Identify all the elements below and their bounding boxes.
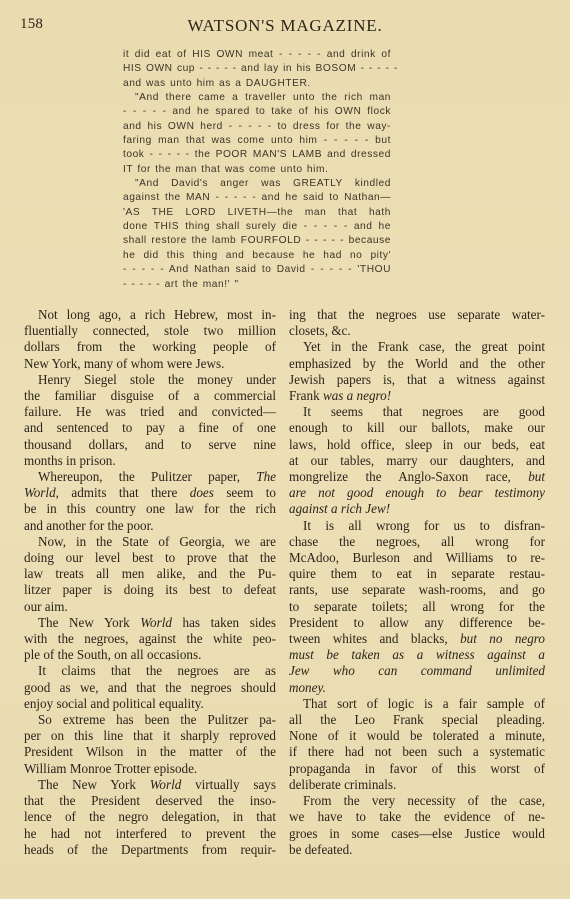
text-line: Frank was a negro! bbox=[289, 388, 545, 404]
italic-text: but bbox=[528, 469, 545, 484]
text-line: Yet in the Frank case, the great point bbox=[289, 339, 545, 355]
text-run: The New York bbox=[38, 777, 150, 792]
text-run: laws, hold office, sleep in our beds, ea… bbox=[289, 437, 545, 452]
text-run: ing that the negroes use separate water- bbox=[289, 307, 545, 322]
text-run: if there had not been such a systematic bbox=[289, 744, 545, 759]
text-run: Yet in the Frank case, the great point bbox=[303, 339, 545, 354]
magazine-page: 158 WATSON'S MAGAZINE. it did eat of HIS… bbox=[0, 0, 570, 899]
text-run: heads of the Departments from requir- bbox=[24, 842, 276, 857]
italic-text: are not good enough to bear testimony bbox=[289, 485, 545, 500]
text-run: fluentially connected, stole two million bbox=[24, 323, 276, 338]
text-line: ple of the South, on all occasions. bbox=[24, 647, 276, 663]
left-column-text: Not long ago, a rich Hebrew, most in-flu… bbox=[24, 307, 276, 858]
text-line: good as we, and that the negroes should bbox=[24, 680, 276, 696]
quote-line: and his OWN herd - - - - - to dress for … bbox=[123, 120, 391, 134]
italic-text: World bbox=[24, 485, 56, 500]
text-run: with the negroes, against the white peo- bbox=[24, 631, 276, 646]
text-run: failure. He was tried and convicted— bbox=[24, 404, 276, 419]
text-run: McAdoo, Burleson and Williams to re- bbox=[289, 550, 545, 565]
quote-line: he did this thing and because he had no … bbox=[123, 249, 391, 263]
text-run: law treats all men alike, and the Pu- bbox=[24, 566, 276, 581]
text-line: litzer paper is doing its best to defeat bbox=[24, 582, 276, 598]
text-run: New York, many of whom were Jews. bbox=[24, 356, 224, 371]
italic-text: does bbox=[190, 485, 214, 500]
text-line: months in prison. bbox=[24, 453, 276, 469]
text-line: William Monroe Trotter episode. bbox=[24, 761, 276, 777]
text-line: per on this line that it sharply reprove… bbox=[24, 728, 276, 744]
text-line: dollars from the working people of bbox=[24, 339, 276, 355]
text-line: our aim. bbox=[24, 599, 276, 615]
text-line: all the Leo Frank special pleading. bbox=[289, 712, 545, 728]
text-line: McAdoo, Burleson and Williams to re- bbox=[289, 550, 545, 566]
text-line: New York, many of whom were Jews. bbox=[24, 356, 276, 372]
text-line: heads of the Departments from requir- bbox=[24, 842, 276, 858]
text-run: , admits that there bbox=[56, 485, 190, 500]
text-line: be defeated. bbox=[289, 842, 545, 858]
text-run: dollars from the working people of bbox=[24, 339, 276, 354]
text-line: and another for the poor. bbox=[24, 518, 276, 534]
italic-text: The bbox=[256, 469, 276, 484]
text-line: It is all wrong for us to disfran- bbox=[289, 518, 545, 534]
text-run: groes in some cases—else Justice would bbox=[289, 826, 545, 841]
text-line: President Wilson in the matter of the bbox=[24, 744, 276, 760]
text-line: World, admits that there does seem to bbox=[24, 485, 276, 501]
text-run: Not long ago, a rich Hebrew, most in- bbox=[38, 307, 276, 322]
text-line: failure. He was tried and convicted— bbox=[24, 404, 276, 420]
text-line: law treats all men alike, and the Pu- bbox=[24, 566, 276, 582]
quote-line: HIS OWN cup - - - - - and lay in his BOS… bbox=[123, 62, 391, 76]
text-run: at our tables, marry our daughters, and bbox=[289, 453, 545, 468]
text-run: propaganda in favor of this worst of bbox=[289, 761, 545, 776]
text-line: to separate toilets; all wrong for the bbox=[289, 599, 545, 615]
quote-line: and was unto him as a DAUGHTER. bbox=[123, 77, 391, 91]
text-line: lence of the negro delegation, in that bbox=[24, 809, 276, 825]
text-line: Now, in the State of Georgia, we are bbox=[24, 534, 276, 550]
text-line: Jewish papers is, that a witness against bbox=[289, 372, 545, 388]
text-line: quire them to eat in separate restau- bbox=[289, 566, 545, 582]
right-column-text: ing that the negroes use separate water-… bbox=[289, 307, 545, 858]
italic-text: must be taken as a witness against a bbox=[289, 647, 545, 662]
text-line: It seems that negroes are good bbox=[289, 404, 545, 420]
text-run: ple of the South, on all occasions. bbox=[24, 647, 201, 662]
text-run: litzer paper is doing its best to defeat bbox=[24, 582, 276, 597]
text-line: mongrelize the Anglo-Saxon race, but bbox=[289, 469, 545, 485]
text-run: enjoy social and political equality. bbox=[24, 696, 204, 711]
text-line: The New York World virtually says bbox=[24, 777, 276, 793]
text-run: months in prison. bbox=[24, 453, 116, 468]
text-run: Jewish papers is, that a witness against bbox=[289, 372, 545, 387]
quote-line: took - - - - - the POOR MAN'S LAMB and d… bbox=[123, 148, 391, 162]
text-line: laws, hold office, sleep in our beds, ea… bbox=[289, 437, 545, 453]
text-run: From the very necessity of the case, bbox=[303, 793, 545, 808]
text-line: enough to kill our ballots, make our bbox=[289, 420, 545, 436]
quote-line: - - - - - And Nathan said to David - - -… bbox=[123, 263, 391, 277]
text-line: From the very necessity of the case, bbox=[289, 793, 545, 809]
text-run: the familiar disguise of a commercial bbox=[24, 388, 276, 403]
text-line: So extreme has been the Pulitzer pa- bbox=[24, 712, 276, 728]
quote-line: - - - - - art the man!' " bbox=[123, 278, 391, 292]
italic-text: but no negro bbox=[460, 631, 545, 646]
text-run: thousand dollars, and to serve nine bbox=[24, 437, 276, 452]
text-run: and another for the poor. bbox=[24, 518, 154, 533]
italic-text: Jew who can command unlimited bbox=[289, 663, 545, 678]
text-line: he had not interfered to prevent the bbox=[24, 826, 276, 842]
quote-line: "And there came a traveller unto the ric… bbox=[123, 91, 391, 105]
text-run: Frank bbox=[289, 388, 323, 403]
text-line: fluentially connected, stole two million bbox=[24, 323, 276, 339]
text-line: rants, use separate wash-rooms, and go bbox=[289, 582, 545, 598]
text-line: propaganda in favor of this worst of bbox=[289, 761, 545, 777]
text-line: Jew who can command unlimited bbox=[289, 663, 545, 679]
text-line: doing our level best to prove that the bbox=[24, 550, 276, 566]
italic-text: against a rich Jew! bbox=[289, 501, 390, 516]
text-line: tween whites and blacks, but no negro bbox=[289, 631, 545, 647]
text-line: ing that the negroes use separate water- bbox=[289, 307, 545, 323]
italic-text: World bbox=[150, 777, 182, 792]
italic-text: World bbox=[140, 615, 172, 630]
text-line: emphasized by the World and the other bbox=[289, 356, 545, 372]
text-run: closets, &c. bbox=[289, 323, 351, 338]
text-line: It claims that the negroes are as bbox=[24, 663, 276, 679]
text-run: William Monroe Trotter episode. bbox=[24, 761, 197, 776]
text-line: money. bbox=[289, 680, 545, 696]
text-run: Now, in the State of Georgia, we are bbox=[38, 534, 276, 549]
text-run: rants, use separate wash-rooms, and go bbox=[289, 582, 545, 597]
text-run: that the President deserved the inso- bbox=[24, 793, 276, 808]
text-run: None of it would be tolerated a minute, bbox=[289, 728, 545, 743]
text-line: None of it would be tolerated a minute, bbox=[289, 728, 545, 744]
italic-text: money. bbox=[289, 680, 326, 695]
text-line: Henry Siegel stole the money under bbox=[24, 372, 276, 388]
text-run: we have to take the evidence of ne- bbox=[289, 809, 545, 824]
text-run: good as we, and that the negroes should bbox=[24, 680, 276, 695]
text-line: chase the negroes, all wrong for bbox=[289, 534, 545, 550]
text-run: It claims that the negroes are as bbox=[38, 663, 276, 678]
text-run: be in this country one law for the rich bbox=[24, 501, 276, 516]
text-line: if there had not been such a systematic bbox=[289, 744, 545, 760]
text-run: mongrelize the Anglo-Saxon race, bbox=[289, 469, 528, 484]
text-line: deliberate criminals. bbox=[289, 777, 545, 793]
quote-line: done THIS thing shall surely die - - - -… bbox=[123, 220, 391, 234]
text-run: per on this line that it sharply reprove… bbox=[24, 728, 276, 743]
text-run: quire them to eat in separate restau- bbox=[289, 566, 545, 581]
text-line: with the negroes, against the white peo- bbox=[24, 631, 276, 647]
text-run: he had not interfered to prevent the bbox=[24, 826, 276, 841]
quote-line: 'AS THE LORD LIVETH—the man that hath bbox=[123, 206, 391, 220]
text-run: It seems that negroes are good bbox=[303, 404, 545, 419]
text-run: President Wilson in the matter of the bbox=[24, 744, 276, 759]
text-run: doing our level best to prove that the bbox=[24, 550, 276, 565]
quote-line: faring man that was come unto him - - - … bbox=[123, 134, 391, 148]
text-line: thousand dollars, and to serve nine bbox=[24, 437, 276, 453]
text-run: President to allow any difference be- bbox=[289, 615, 545, 630]
text-line: are not good enough to bear testimony bbox=[289, 485, 545, 501]
text-run: chase the negroes, all wrong for bbox=[289, 534, 545, 549]
text-run: enough to kill our ballots, make our bbox=[289, 420, 545, 435]
text-run: lence of the negro delegation, in that bbox=[24, 809, 276, 824]
text-run: seem to bbox=[214, 485, 276, 500]
quote-line: against the MAN - - - - - and he said to… bbox=[123, 191, 391, 205]
text-line: The New York World has taken sides bbox=[24, 615, 276, 631]
text-run: So extreme has been the Pulitzer pa- bbox=[38, 712, 276, 727]
text-line: and sentenced to pay a fine of one bbox=[24, 420, 276, 436]
text-run: The New York bbox=[38, 615, 140, 630]
text-line: be in this country one law for the rich bbox=[24, 501, 276, 517]
scripture-quote-block: it did eat of HIS OWN meat - - - - - and… bbox=[123, 48, 391, 292]
text-line: must be taken as a witness against a bbox=[289, 647, 545, 663]
text-line: That sort of logic is a fair sample of bbox=[289, 696, 545, 712]
italic-text: was a negro! bbox=[323, 388, 391, 403]
text-line: the familiar disguise of a commercial bbox=[24, 388, 276, 404]
text-run: Henry Siegel stole the money under bbox=[38, 372, 276, 387]
quote-line: shall restore the lamb FOURFOLD - - - - … bbox=[123, 234, 391, 248]
text-line: closets, &c. bbox=[289, 323, 545, 339]
quote-line: - - - - - and he spared to take of his O… bbox=[123, 105, 391, 119]
text-run: That sort of logic is a fair sample of bbox=[303, 696, 545, 711]
text-line: against a rich Jew! bbox=[289, 501, 545, 517]
text-run: be defeated. bbox=[289, 842, 352, 857]
page-header: 158 WATSON'S MAGAZINE. bbox=[20, 16, 550, 38]
text-run: tween whites and blacks, bbox=[289, 631, 460, 646]
text-line: Not long ago, a rich Hebrew, most in- bbox=[24, 307, 276, 323]
text-line: Whereupon, the Pulitzer paper, The bbox=[24, 469, 276, 485]
text-line: enjoy social and political equality. bbox=[24, 696, 276, 712]
text-run: to separate toilets; all wrong for the bbox=[289, 599, 545, 614]
text-run: our aim. bbox=[24, 599, 68, 614]
text-run: emphasized by the World and the other bbox=[289, 356, 545, 371]
text-run: all the Leo Frank special pleading. bbox=[289, 712, 545, 727]
text-line: we have to take the evidence of ne- bbox=[289, 809, 545, 825]
text-line: President to allow any difference be- bbox=[289, 615, 545, 631]
text-line: groes in some cases—else Justice would bbox=[289, 826, 545, 842]
text-run: It is all wrong for us to disfran- bbox=[303, 518, 545, 533]
text-run: deliberate criminals. bbox=[289, 777, 396, 792]
running-title: WATSON'S MAGAZINE. bbox=[20, 16, 550, 36]
text-run: has taken sides bbox=[172, 615, 276, 630]
text-run: and sentenced to pay a fine of one bbox=[24, 420, 276, 435]
text-line: at our tables, marry our daughters, and bbox=[289, 453, 545, 469]
quote-line: IT for the man that was come unto him. bbox=[123, 163, 391, 177]
text-line: that the President deserved the inso- bbox=[24, 793, 276, 809]
text-run: Whereupon, the Pulitzer paper, bbox=[38, 469, 256, 484]
text-run: virtually says bbox=[181, 777, 276, 792]
quote-line: "And David's anger was GREATLY kindled bbox=[123, 177, 391, 191]
quote-line: it did eat of HIS OWN meat - - - - - and… bbox=[123, 48, 391, 62]
